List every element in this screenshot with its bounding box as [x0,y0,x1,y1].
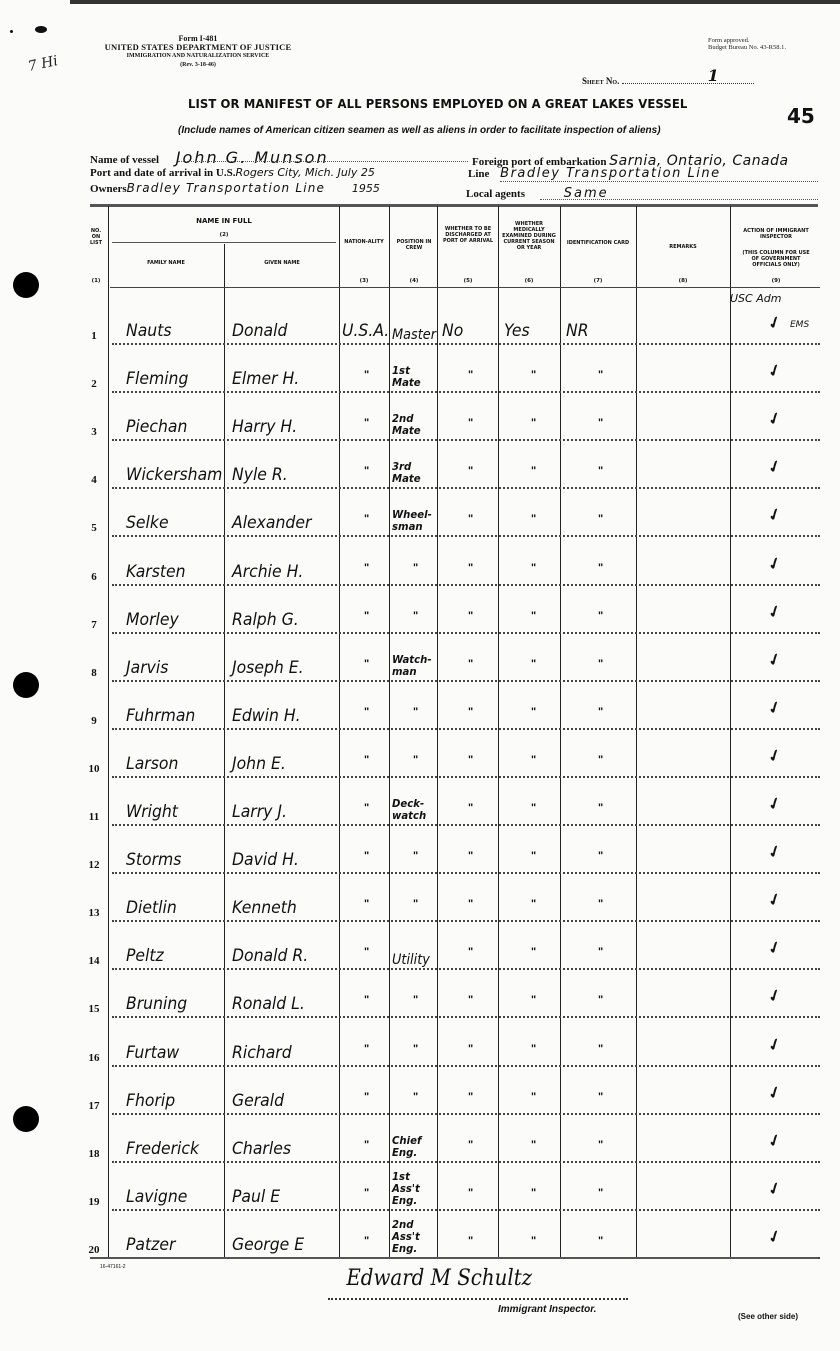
ditto-mark-position: " [413,754,418,766]
col-header-position: POSITION IN CREW [393,239,435,251]
col-header-medical: WHETHER MEDICALLY EXAMINED DURING CURREN… [502,221,556,251]
cell-position: Watch-man [392,654,432,678]
table-row: 7MorleyRalph G."""""✓ [84,585,820,634]
ditto-mark-idcard: " [598,754,603,766]
ditto-mark-idcard: " [598,946,603,958]
col-num-2: (2) [110,232,338,238]
ditto-mark-medical: " [531,850,536,862]
owners-label: Owners [90,183,127,195]
ditto-mark-idcard: " [598,898,603,910]
ditto-mark-idcard: " [598,610,603,622]
ditto-mark-nationality: " [364,898,369,910]
ditto-mark-medical: " [531,802,536,814]
ditto-mark-medical: " [531,1091,536,1103]
ditto-mark-discharged: " [468,610,473,622]
table-row: 20PatzerGeorge E"2nd Ass't Eng."""✓ [84,1210,820,1259]
cell-family: Piechan [126,417,187,437]
cell-family: Selke [126,513,169,533]
col-num-3: (3) [343,278,385,284]
col-num-1: (1) [86,278,106,284]
ditto-mark-nationality: " [364,754,369,766]
cell-given: Edwin H. [232,706,301,726]
row-number: 17 [86,1100,102,1112]
ditto-mark-idcard: " [598,369,603,381]
cell-family: Morley [126,610,179,630]
cell-family: Fhorip [126,1091,175,1111]
cell-position: Wheel-sman [392,509,432,533]
inspector-check-mark: ✓ [765,937,784,960]
cell-nationality: U.S.A. [342,321,389,341]
owners-value: Bradley Transportation Line [127,181,325,195]
ditto-mark-medical: " [531,610,536,622]
table-bottom-rule [90,1257,818,1259]
col-num-9: (9) [733,278,819,284]
ditto-mark-idcard: " [598,706,603,718]
inspector-check-mark: ✓ [765,504,784,527]
cell-family: Fleming [126,369,188,389]
col-header-given-name: GIVEN NAME [226,260,338,266]
table-row: 3PiechanHarry H."2nd Mate"""✓ [84,392,820,441]
ditto-mark-medical: " [531,1235,536,1247]
ditto-mark-discharged: " [468,850,473,862]
ditto-mark-idcard: " [598,1043,603,1055]
table-row: 10LarsonJohn E."""""✓ [84,729,820,778]
ditto-mark-discharged: " [468,1187,473,1199]
cell-family: Nauts [126,321,171,341]
col-header-identification-card: IDENTIFICATION CARD [566,240,630,246]
ditto-mark-position: " [413,850,418,862]
ditto-mark-nationality: " [364,562,369,574]
header-bottom-rule [110,287,820,288]
cell-given: Ralph G. [232,610,299,630]
ditto-mark-discharged: " [468,1043,473,1055]
ditto-mark-idcard: " [598,658,603,670]
col-header-nationality: NATION-ALITY [343,239,385,245]
row-number: 1 [86,330,102,342]
cell-family: Jarvis [126,658,168,678]
ditto-mark-discharged: " [468,1139,473,1151]
table-row: 11WrightLarry J."Deck-watch"""✓ [84,777,820,826]
ditto-mark-idcard: " [598,1187,603,1199]
ditto-mark-discharged: " [468,898,473,910]
ditto-mark-medical: " [531,1139,536,1151]
arrival-year-value: 1955 [352,182,380,195]
ditto-mark-nationality: " [364,1043,369,1055]
sheet-number-field: Sheet No. 1 [582,74,754,86]
ditto-mark-nationality: " [364,802,369,814]
line-field: Line Bradley Transportation Line [468,166,721,181]
ditto-mark-position: " [413,706,418,718]
ditto-mark-discharged: " [468,1091,473,1103]
vessel-name-value: John G. Munson [176,148,329,167]
sheet-number-value: 1 [708,66,719,85]
ditto-mark-idcard: " [598,802,603,814]
cell-family: Lavigne [126,1187,187,1207]
ditto-mark-nationality: " [364,946,369,958]
row-number: 7 [86,619,102,631]
table-row: 13DietlinKenneth"""""✓ [84,873,820,922]
local-agents-line [540,199,818,200]
ditto-mark-medical: " [531,898,536,910]
ditto-mark-discharged: " [468,802,473,814]
table-row: 5SelkeAlexander"Wheel-sman"""✓ [84,488,820,537]
inspector-check-mark: ✓ [765,311,784,334]
ditto-mark-idcard: " [598,1091,603,1103]
inspector-check-mark: ✓ [765,1129,784,1152]
print-code: 16-47161-2 [100,1264,126,1270]
ditto-mark-position: " [413,610,418,622]
document-title: LIST OR MANIFEST OF ALL PERSONS EMPLOYED… [188,96,687,111]
col-num-5: (5) [441,278,495,284]
margin-note: 7 Hi [27,53,60,75]
cell-position: Master [392,329,436,341]
ditto-mark-position: " [413,994,418,1006]
see-other-side-note: (See other side) [738,1312,798,1321]
cell-given: Kenneth [232,898,297,918]
signature-line [328,1298,628,1300]
row-number: 18 [86,1148,102,1160]
cell-family: Larson [126,754,178,774]
cell-family: Patzer [126,1235,175,1255]
scan-speck [35,26,47,33]
cell-given: Charles [232,1139,291,1159]
cell-given: Donald R. [232,946,308,966]
cell-position: 2nd Ass't Eng. [392,1219,429,1255]
cell-position: 2nd Mate [392,413,429,437]
cell-given: Paul E [232,1187,280,1207]
cell-position: Deck-watch [392,798,432,822]
sheet-number-line: 1 [622,74,754,84]
cell-given: Gerald [232,1091,284,1111]
ditto-mark-medical: " [531,465,536,477]
table-top-rule [90,204,818,207]
row-number: 10 [86,763,102,775]
ditto-mark-idcard: " [598,994,603,1006]
local-agents-label: Local agents [466,188,525,200]
ditto-mark-medical: " [531,994,536,1006]
ditto-mark-discharged: " [468,513,473,525]
ditto-mark-idcard: " [598,417,603,429]
arrival-field: Port and date of arrival in U.S.Rogers C… [90,166,375,179]
ditto-mark-medical: " [531,658,536,670]
budget-bureau-number: Budget Bureau No. 43-R58.1. [708,44,786,51]
row-number: 3 [86,426,102,438]
ditto-mark-medical: " [531,946,536,958]
ditto-mark-nationality: " [364,706,369,718]
ditto-mark-discharged: " [468,417,473,429]
table-row: 8JarvisJoseph E."Watch-man"""✓ [84,633,820,682]
ditto-mark-nationality: " [364,465,369,477]
table-row: 9FuhrmanEdwin H."""""✓ [84,681,820,730]
table-row: 14PeltzDonald R."Utility"""✓ [84,921,820,970]
ditto-mark-nationality: " [364,1139,369,1151]
col-header-family-name: FAMILY NAME [110,260,222,266]
ditto-mark-idcard: " [598,513,603,525]
scan-speck [10,30,13,33]
ditto-mark-discharged: " [468,946,473,958]
ditto-mark-discharged: " [468,994,473,1006]
cell-family: Fuhrman [126,706,195,726]
ditto-mark-discharged: " [468,562,473,574]
inspector-signature: Edward M Schultz [346,1266,532,1291]
cell-position: Chief Eng. [392,1135,429,1159]
cell-given: Joseph E. [232,658,304,678]
col-header-remarks: REMARKS [640,244,726,250]
table-row: 16FurtawRichard"""""✓ [84,1018,820,1067]
col-num-6: (6) [502,278,556,284]
cell-family: Storms [126,850,181,870]
cell-family: Furtaw [126,1043,179,1063]
col-header-discharged: WHETHER TO BE DISCHARGED AT PORT OF ARRI… [441,226,495,244]
col-num-4: (4) [393,278,435,284]
scan-top-edge [70,0,840,4]
col-header-no: NO. ON LIST [86,228,106,246]
ditto-mark-position: " [413,1091,418,1103]
inspector-check-mark: ✓ [765,744,784,767]
table-row: 19LavignePaul E"1st Ass't Eng."""✓ [84,1162,820,1211]
cell-idcard: NR [566,321,589,341]
inspector-check-mark: ✓ [765,985,784,1008]
approval-line: Form approved. [708,37,786,44]
cell-given: George E [232,1235,304,1255]
row-number: 9 [86,715,102,727]
inspector-check-mark: ✓ [765,696,784,719]
inspector-check-mark: ✓ [765,840,784,863]
table-row: 2FlemingElmer H."1st Mate"""✓ [84,344,820,393]
cell-medical: Yes [504,321,530,341]
col-num-7: (7) [566,278,630,284]
row-number: 5 [86,522,102,534]
ditto-mark-discharged: " [468,706,473,718]
ditto-mark-nationality: " [364,850,369,862]
ditto-mark-nationality: " [364,994,369,1006]
ditto-mark-medical: " [531,513,536,525]
line-label: Line [468,168,489,180]
row-number: 13 [86,907,102,919]
inspector-check-mark: ✓ [765,1177,784,1200]
ditto-mark-medical: " [531,754,536,766]
col-header-action-note: (THIS COLUMN FOR USE OF GOVERNMENT OFFIC… [738,250,814,268]
ditto-mark-discharged: " [468,369,473,381]
row-number: 12 [86,859,102,871]
inspector-check-mark: ✓ [765,1225,784,1248]
table-row: 15BruningRonald L."""""✓ [84,969,820,1018]
cell-given: Archie H. [232,562,303,582]
revision-date: (Rev. 3-18-46) [88,61,308,70]
ditto-mark-medical: " [531,1187,536,1199]
ditto-mark-idcard: " [598,465,603,477]
cell-family: Karsten [126,562,186,582]
vessel-name-line [178,161,468,162]
ditto-mark-idcard: " [598,1139,603,1151]
cell-family: Peltz [126,946,164,966]
cell-given: Donald [232,321,287,341]
ditto-mark-medical: " [531,417,536,429]
cell-family: Dietlin [126,898,177,918]
ditto-mark-medical: " [531,1043,536,1055]
table-row: 4WickershamNyle R."3rd Mate"""✓ [84,440,820,489]
cell-given: David H. [232,850,299,870]
ditto-mark-idcard: " [598,1235,603,1247]
line-value-line [500,181,818,182]
department-name: UNITED STATES DEPARTMENT OF JUSTICE [88,43,308,52]
cell-position: 1st Ass't Eng. [392,1171,429,1207]
inspector-check-mark: ✓ [765,407,784,430]
cell-given: Larry J. [232,802,287,822]
ditto-mark-medical: " [531,369,536,381]
cell-given: John E. [232,754,286,774]
ditto-mark-idcard: " [598,850,603,862]
ditto-mark-nationality: " [364,1091,369,1103]
name-group-rule [112,242,336,243]
ditto-mark-discharged: " [468,658,473,670]
row-number: 15 [86,1003,102,1015]
ditto-mark-nationality: " [364,1187,369,1199]
ditto-mark-nationality: " [364,513,369,525]
cell-given: Nyle R. [232,465,288,485]
cell-given: Richard [232,1043,292,1063]
cell-given: Alexander [232,513,311,533]
cell-position: 1st Mate [392,365,429,389]
ditto-mark-nationality: " [364,1235,369,1247]
vessel-name-field: Name of vessel John G. Munson [90,148,329,167]
row-number: 11 [86,811,102,823]
col-header-name-group: NAME IN FULL [110,218,338,224]
ditto-mark-idcard: " [598,562,603,574]
arrival-label: Port and date of arrival in U.S. [90,167,235,179]
ditto-mark-position: " [413,562,418,574]
ditto-mark-nationality: " [364,610,369,622]
cell-family: Frederick [126,1139,199,1159]
inspector-check-mark: ✓ [765,792,784,815]
ditto-mark-medical: " [531,562,536,574]
line-value: Bradley Transportation Line [500,166,720,181]
row-number: 8 [86,667,102,679]
table-row: 18FrederickCharles"Chief Eng."""✓ [84,1114,820,1163]
col-header-action: ACTION OF IMMIGRANT INSPECTOR [733,228,819,240]
ditto-mark-nationality: " [364,658,369,670]
cell-position: 3rd Mate [392,461,429,485]
form-header: Form I-481 UNITED STATES DEPARTMENT OF J… [88,34,308,70]
table-row: 1NautsDonaldU.S.A.MasterNoYesNR✓ [84,296,820,345]
inspector-check-mark: ✓ [765,1081,784,1104]
table-row: 12StormsDavid H."""""✓ [84,825,820,874]
row-number: 4 [86,474,102,486]
ditto-mark-nationality: " [364,369,369,381]
row-number: 2 [86,378,102,390]
inspector-check-mark: ✓ [765,888,784,911]
inspector-check-mark: ✓ [765,600,784,623]
owners-field: OwnersBradley Transportation Line 1955 [90,181,380,195]
cell-family: Wickersham [126,465,222,485]
signature-caption: Immigrant Inspector. [498,1304,596,1315]
inspector-check-mark: ✓ [765,648,784,671]
arrival-value: Rogers City, Mich. July 25 [235,166,374,179]
vessel-name-label: Name of vessel [90,154,159,166]
col-num-8: (8) [640,278,726,284]
punch-hole [13,1106,39,1132]
cell-given: Harry H. [232,417,297,437]
ditto-mark-nationality: " [364,417,369,429]
ditto-mark-discharged: " [468,465,473,477]
inspector-check-mark: ✓ [765,456,784,479]
cell-given: Elmer H. [232,369,299,389]
service-name: Immigration and Naturalization Service [88,52,308,61]
inspector-check-mark: ✓ [765,359,784,382]
ditto-mark-position: " [413,898,418,910]
sheet-label: Sheet No. [582,76,619,86]
ditto-mark-discharged: " [468,1235,473,1247]
cell-discharged: No [442,321,463,341]
table-row: 6KarstenArchie H."""""✓ [84,537,820,586]
inspector-check-mark: ✓ [765,552,784,575]
row-number: 6 [86,571,102,583]
cell-family: Bruning [126,994,187,1014]
ditto-mark-discharged: " [468,754,473,766]
cell-given: Ronald L. [232,994,305,1014]
cell-family: Wright [126,802,178,822]
punch-hole [13,272,39,298]
inspector-check-mark: ✓ [765,1033,784,1056]
page-number: 45 [787,104,815,128]
ditto-mark-medical: " [531,706,536,718]
row-number: 16 [86,1052,102,1064]
row-number: 19 [86,1196,102,1208]
ditto-mark-position: " [413,1043,418,1055]
form-approval: Form approved. Budget Bureau No. 43-R58.… [708,37,786,51]
punch-hole [13,672,39,698]
row-number: 20 [86,1244,102,1256]
document-subtitle: (Include names of American citizen seame… [178,125,661,136]
cell-position: Utility [392,954,430,966]
row-number: 14 [86,955,102,967]
table-row: 17FhoripGerald"""""✓ [84,1066,820,1115]
